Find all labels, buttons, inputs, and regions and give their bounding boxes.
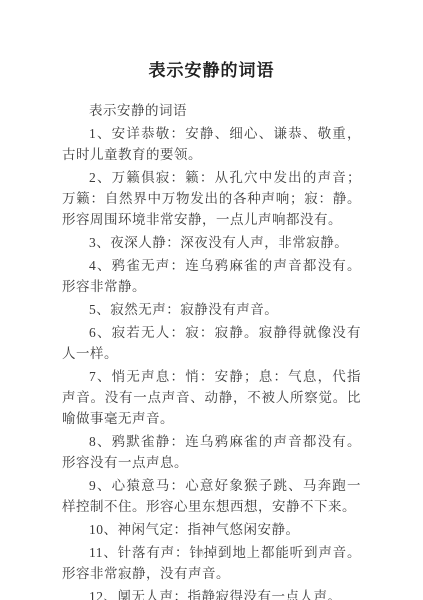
- list-item-12: 12、阒无人声：指静寂得没有一点人声。: [62, 586, 361, 600]
- subtitle-line: 表示安静的词语: [62, 100, 361, 121]
- document-body: 表示安静的词语 1、安详恭敬：安静、细心、谦恭、敬重，古时儿童教育的要领。 2、…: [62, 100, 361, 600]
- list-item-1: 1、安详恭敬：安静、细心、谦恭、敬重，古时儿童教育的要领。: [62, 123, 361, 165]
- list-item-7: 7、悄无声息：悄：安静；息：气息，代指声音。没有一点声音、动静，不被人所察觉。比…: [62, 366, 361, 429]
- document-page: 表示安静的词语 表示安静的词语 1、安详恭敬：安静、细心、谦恭、敬重，古时儿童教…: [0, 0, 423, 600]
- list-item-10: 10、神闲气定：指神气悠闲安静。: [62, 519, 361, 540]
- page-number: 第 1 页: [0, 546, 423, 559]
- list-item-2: 2、万籁俱寂：籁：从孔穴中发出的声音；万籁：自然界中万物发出的各种声响；寂：静。…: [62, 167, 361, 230]
- list-item-5: 5、寂然无声：寂静没有声音。: [62, 299, 361, 320]
- list-item-3: 3、夜深人静：深夜没有人声，非常寂静。: [62, 232, 361, 253]
- list-item-8: 8、鸦默雀静：连乌鸦麻雀的声音都没有。形容没有一点声息。: [62, 431, 361, 473]
- list-item-9: 9、心猿意马：心意好象猴子跳、马奔跑一样控制不住。形容心里东想西想，安静不下来。: [62, 475, 361, 517]
- page-title: 表示安静的词语: [62, 61, 361, 81]
- list-item-4: 4、鸦雀无声：连乌鸦麻雀的声音都没有。形容非常静。: [62, 255, 361, 297]
- list-item-6: 6、寂若无人：寂：寂静。寂静得就像没有人一样。: [62, 322, 361, 364]
